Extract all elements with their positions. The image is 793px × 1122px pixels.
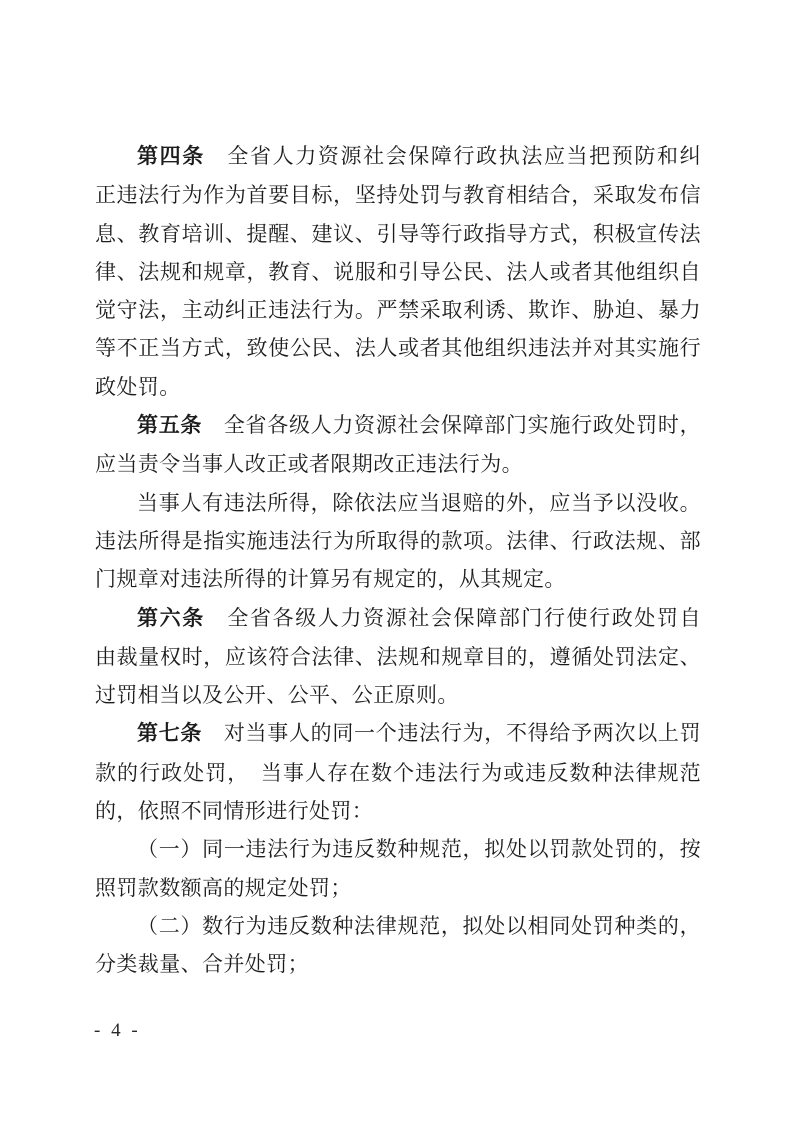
text-line: 第六条 全省各级人力资源社会保障部门行使行政处罚自 bbox=[95, 599, 701, 638]
text-line: 当事人有违法所得，除依法应当退赔的外，应当予以没收。 bbox=[95, 484, 701, 522]
text-line: （二）数行为违反数种法律规范，拟处以相同处罚种类的， bbox=[95, 907, 701, 945]
document-page: 第四条 全省人力资源社会保障行政执法应当把预防和纠 正违法行为作为首要目标，坚持… bbox=[0, 0, 793, 1122]
text-line: 分类裁量、合并处罚； bbox=[95, 945, 701, 983]
text-line: 第四条 全省人力资源社会保障行政执法应当把预防和纠 bbox=[95, 137, 701, 176]
text-line: （一）同一违法行为违反数种规范，拟处以罚款处罚的，按 bbox=[95, 830, 701, 868]
text-line: 觉守法，主动纠正违法行为。严禁采取利诱、欺诈、胁迫、暴力 bbox=[95, 291, 701, 329]
text-line: 息、教育培训、提醒、建议、引导等行政指导方式，积极宣传法 bbox=[95, 215, 701, 253]
line-text: 全省各级人力资源社会保障部门实施行政处罚时， bbox=[202, 413, 701, 437]
text-line: 照罚款数额高的规定处罚； bbox=[95, 869, 701, 907]
text-line: 律、法规和规章，教育、说服和引导公民、法人或者其他组织自 bbox=[95, 253, 701, 291]
article-number: 第六条 bbox=[137, 607, 205, 630]
text-line: 的，依照不同情形进行处罚： bbox=[95, 792, 701, 830]
line-text: 全省各级人力资源社会保障部门行使行政处罚自 bbox=[205, 606, 701, 630]
text-line: 应当责令当事人改正或者限期改正违法行为。 bbox=[95, 445, 701, 483]
line-text: 对当事人的同一个违法行为，不得给予两次以上罚 bbox=[202, 721, 701, 745]
line-text: 全省人力资源社会保障行政执法应当把预防和纠 bbox=[205, 144, 701, 168]
text-line: 等不正当方式，致使公民、法人或者其他组织违法并对其实施行 bbox=[95, 329, 701, 367]
text-line: 正违法行为作为首要目标，坚持处罚与教育相结合，采取发布信 bbox=[95, 176, 701, 214]
text-line: 门规章对违法所得的计算另有规定的，从其规定。 bbox=[95, 560, 701, 598]
article-number: 第四条 bbox=[137, 145, 205, 168]
text-line: 第五条 全省各级人力资源社会保障部门实施行政处罚时， bbox=[95, 406, 701, 445]
text-line: 第七条 对当事人的同一个违法行为，不得给予两次以上罚 bbox=[95, 714, 701, 753]
text-line: 政处罚。 bbox=[95, 368, 701, 406]
document-body: 第四条 全省人力资源社会保障行政执法应当把预防和纠 正违法行为作为首要目标，坚持… bbox=[95, 137, 701, 984]
article-number: 第七条 bbox=[137, 722, 202, 745]
text-line: 款的行政处罚， 当事人存在数个违法行为或违反数种法律规范 bbox=[95, 754, 701, 792]
page-number: - 4 - bbox=[94, 1020, 141, 1042]
text-line: 违法所得是指实施违法行为所取得的款项。法律、行政法规、部 bbox=[95, 522, 701, 560]
text-line: 由裁量权时，应该符合法律、法规和规章目的，遵循处罚法定、 bbox=[95, 638, 701, 676]
text-line: 过罚相当以及公开、公平、公正原则。 bbox=[95, 676, 701, 714]
article-number: 第五条 bbox=[137, 414, 202, 437]
